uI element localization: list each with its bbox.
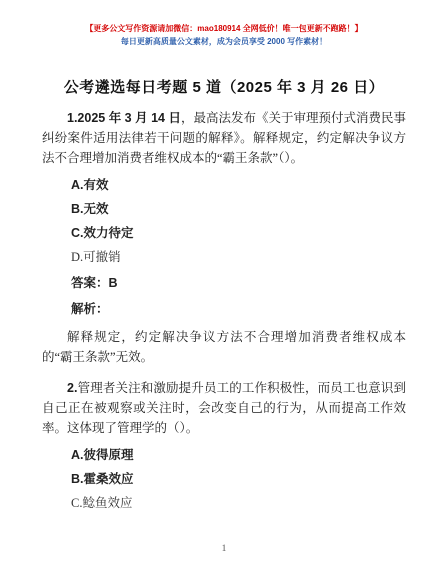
promo-line-blue: 每日更新高质量公文素材，成为会员享受 2000 写作素材！ xyxy=(0,35,448,48)
question-1-option-d: D.可撤销 xyxy=(42,250,406,264)
question-2-option-b: B.霍桑效应 xyxy=(42,472,406,486)
question-2-stem-text: 管理者关注和激励提升员工的工作积极性，而员工也意识到自己正在被观察或关注时，会改… xyxy=(42,381,406,435)
question-1-answer: 答案：B xyxy=(42,276,406,290)
question-2-number: 2. xyxy=(67,381,77,395)
promo-banner: 【更多公文写作资源请加微信：mao180914 全网低价！唯一包更新不跑路！】 … xyxy=(0,0,448,48)
question-2-stem: 2.管理者关注和激励提升员工的工作积极性，而员工也意识到自己正在被观察或关注时，… xyxy=(42,378,406,438)
page-number: 1 xyxy=(0,544,448,554)
question-1-analysis-text: 解释规定，约定解决争议方法不合理增加消费者维权成本的“霸王条款”无效。 xyxy=(42,327,406,367)
question-1-number-date: 1.2025 年 3 月 14 日 xyxy=(67,111,181,125)
question-1-option-a: A.有效 xyxy=(42,178,406,192)
promo-line-red: 【更多公文写作资源请加微信：mao180914 全网低价！唯一包更新不跑路！】 xyxy=(0,22,448,35)
question-1-analysis-label: 解析： xyxy=(42,302,406,316)
question-1-stem: 1.2025 年 3 月 14 日，最高法发布《关于审理预付式消费民事纠纷案件适… xyxy=(42,108,406,168)
document-page: 【更多公文写作资源请加微信：mao180914 全网低价！唯一包更新不跑路！】 … xyxy=(0,0,448,580)
document-content: 1.2025 年 3 月 14 日，最高法发布《关于审理预付式消费民事纠纷案件适… xyxy=(0,108,448,510)
question-2-option-a: A.彼得原理 xyxy=(42,448,406,462)
question-1-option-b: B.无效 xyxy=(42,202,406,216)
question-2-option-c: C.鲶鱼效应 xyxy=(42,496,406,510)
question-1-option-c: C.效力待定 xyxy=(42,226,406,240)
page-title: 公考遴选每日考题 5 道（2025 年 3 月 26 日） xyxy=(42,78,406,97)
